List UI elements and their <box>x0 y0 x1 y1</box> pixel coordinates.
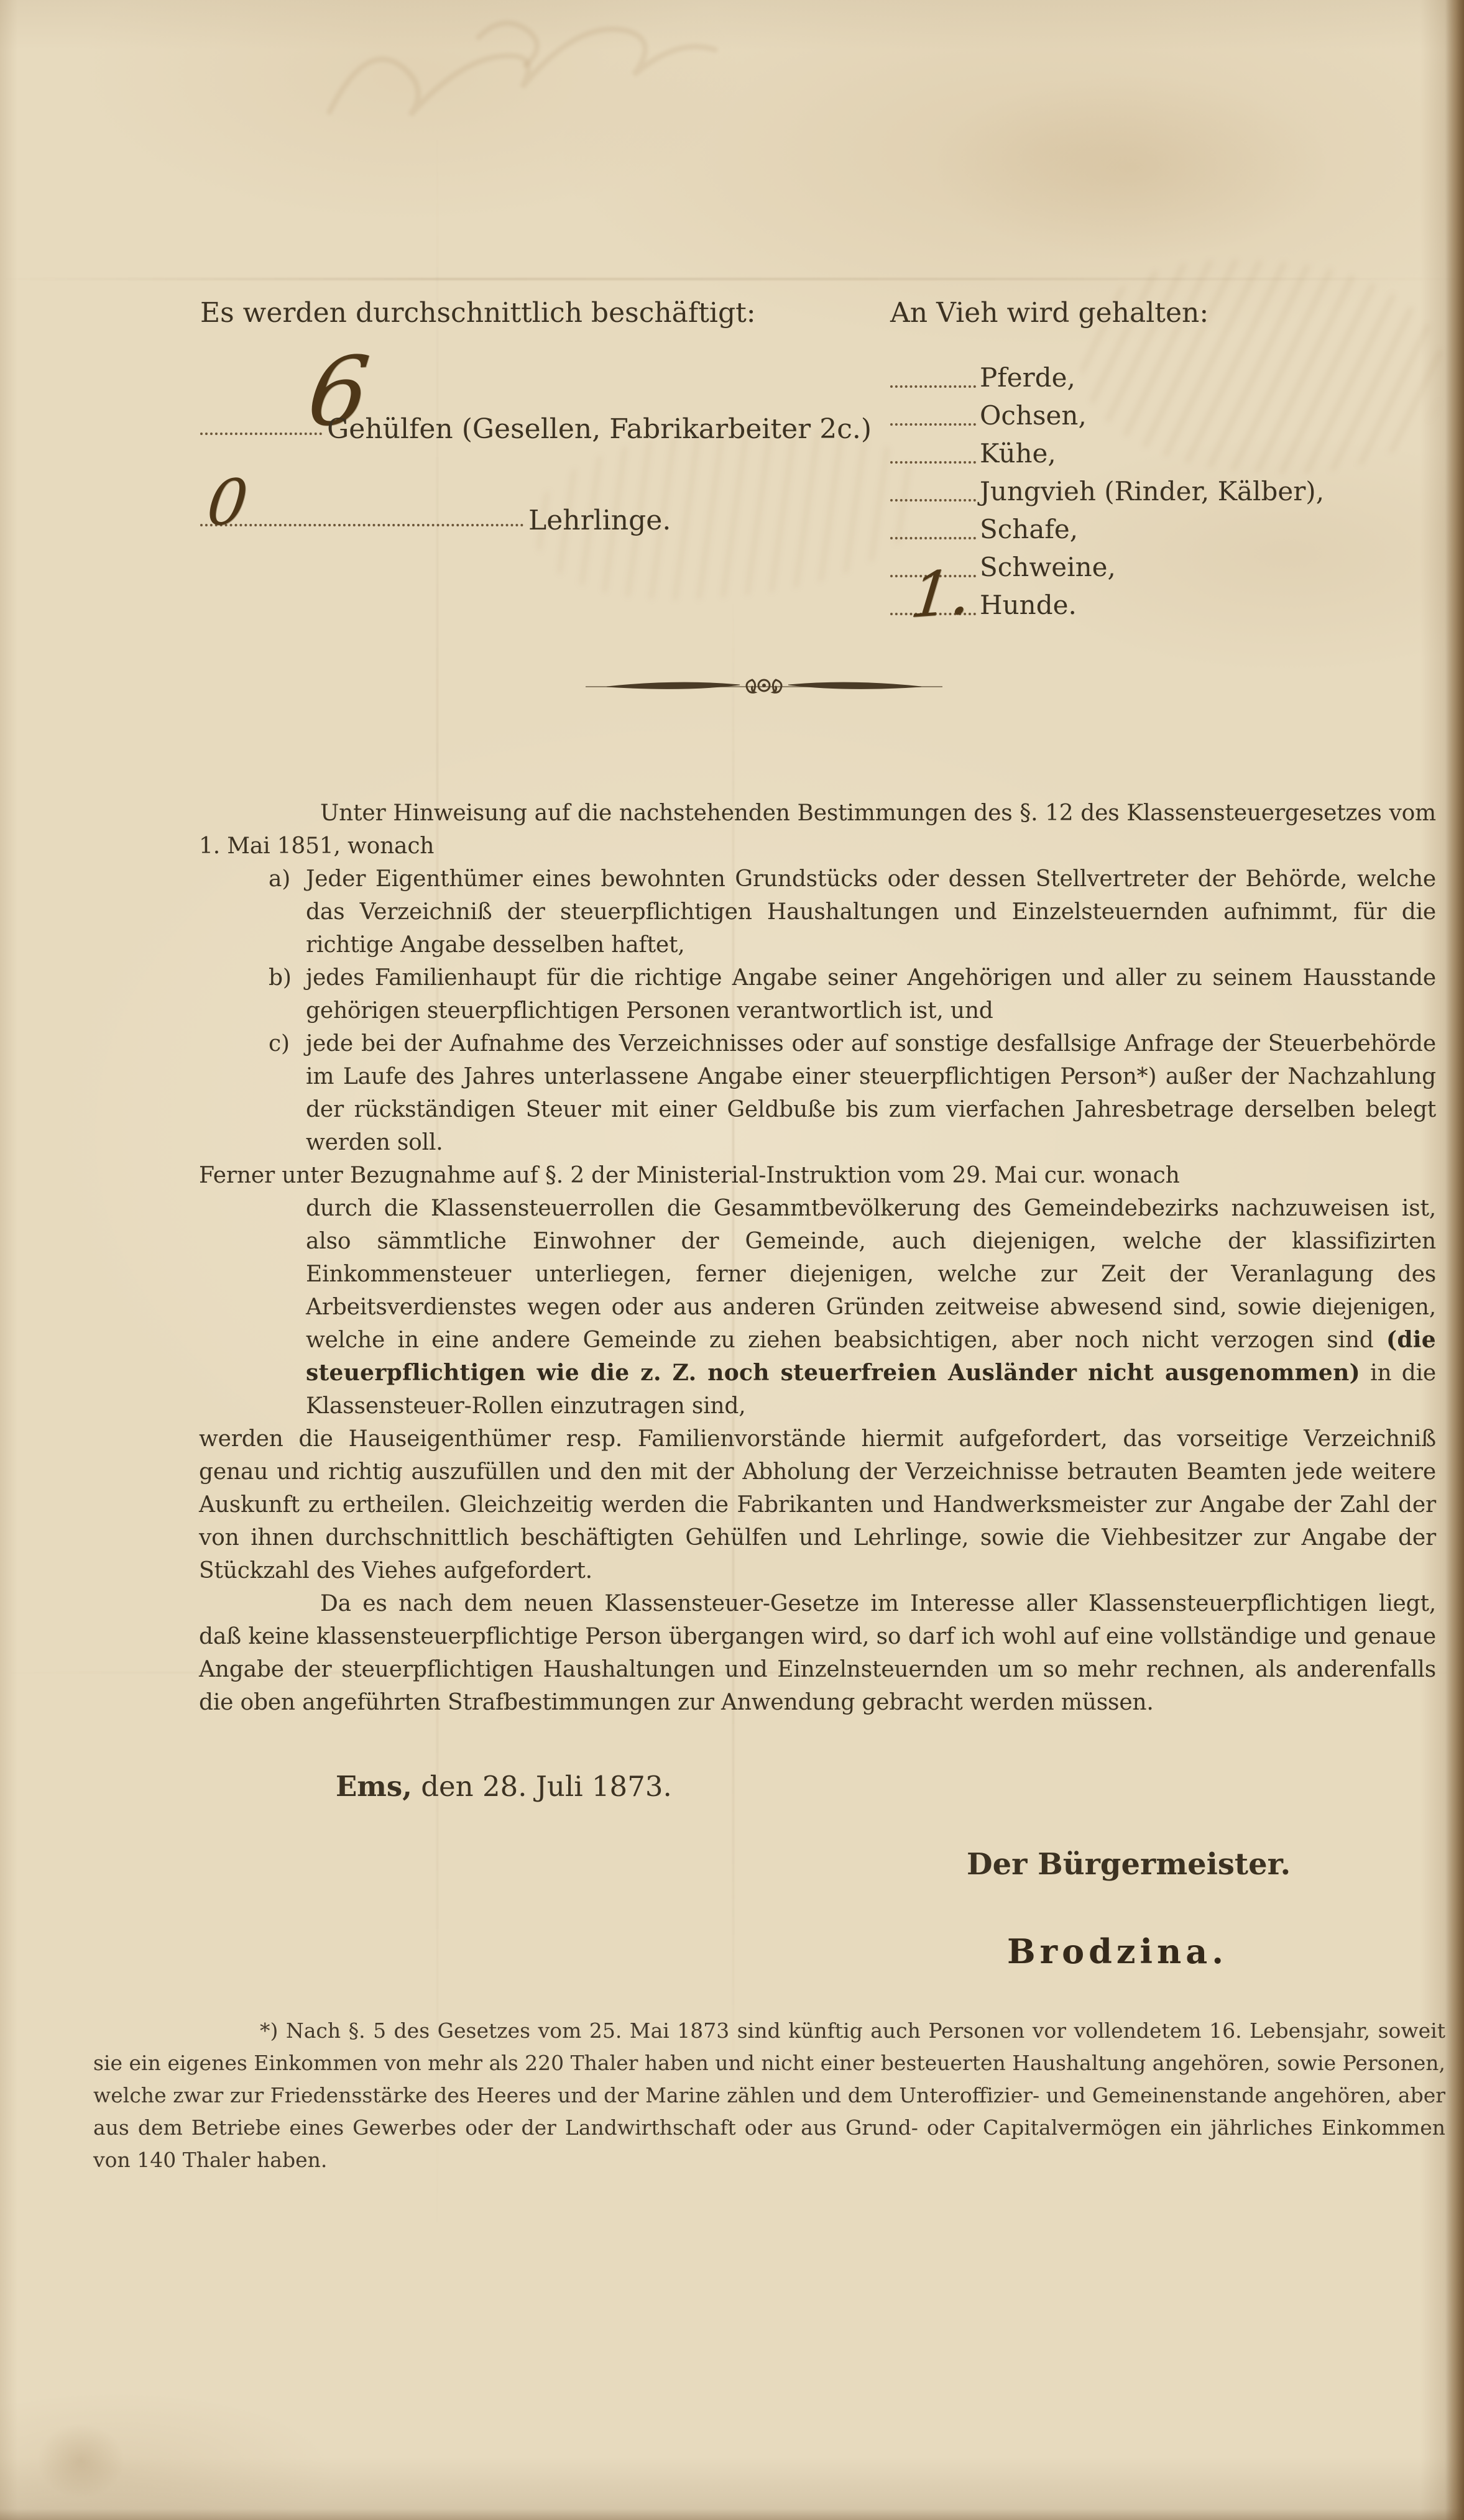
page-edge-shadow <box>0 2509 1464 2520</box>
fill-in-line <box>890 419 976 426</box>
intro-paragraph: Unter Hinweisung auf die nachstehenden B… <box>199 797 1436 863</box>
inner-regular-text: durch die Klassensteuerrollen die Gesamm… <box>306 1196 1436 1353</box>
livestock-row-schweine: Schweine, <box>890 544 1450 582</box>
employment-section: Es werden durchschnittlich beschäftigt: … <box>200 297 872 526</box>
footnote: *) Nach §. 5 des Gesetzes vom 25. Mai 18… <box>93 2015 1445 2176</box>
werden-paragraph: werden die Hauseigenthümer resp. Familie… <box>199 1423 1436 1587</box>
livestock-rows: Pferde, Ochsen, Kühe, Jungvieh (Rinder, … <box>890 355 1450 620</box>
fill-in-line <box>890 382 976 388</box>
list-marker: a) <box>269 863 290 896</box>
paper-stain <box>37 2424 124 2498</box>
employment-label: Lehrlinge. <box>528 505 671 536</box>
list-text: jede bei der Aufnahme des Verzeichnisses… <box>306 1031 1436 1155</box>
livestock-label: Kühe, <box>980 438 1056 469</box>
employment-row-gehuelfen: 6 Gehülfen (Gesellen, Fabrikarbeiter 2c.… <box>200 403 872 435</box>
list-marker: c) <box>269 1027 290 1060</box>
list-text: jedes Familienhaupt für die richtige Ang… <box>306 965 1436 1024</box>
fill-in-line: 0 <box>200 519 523 526</box>
paper-stain <box>932 75 1330 261</box>
livestock-row-ochsen: Ochsen, <box>890 393 1450 431</box>
livestock-label: Schweine, <box>980 552 1116 582</box>
scanned-document-page: { "employment_section": { "heading": "Es… <box>0 0 1464 2520</box>
livestock-row-hunde: 1. Hunde. <box>890 582 1450 620</box>
fill-in-line <box>890 533 976 539</box>
dateline: Ems, den 28. Juli 1873. <box>336 1770 672 1803</box>
fill-in-line: 1. <box>890 609 976 615</box>
list-item-a: a)Jeder Eigenthümer eines bewohnten Grun… <box>199 863 1436 961</box>
dateline-date: den 28. Juli 1873. <box>412 1770 672 1803</box>
ferner-paragraph: Ferner unter Bezugnahme auf §. 2 der Min… <box>199 1159 1436 1192</box>
livestock-row-kuehe: Kühe, <box>890 431 1450 469</box>
livestock-label: Jungvieh (Rinder, Kälber), <box>980 476 1324 506</box>
fill-in-line: 6 <box>200 428 322 435</box>
signature-name: Brodzina. <box>1007 1931 1228 1971</box>
fill-in-line <box>890 495 976 502</box>
employment-heading: Es werden durchschnittlich beschäftigt: <box>200 297 872 330</box>
list-item-b: b)jedes Familienhaupt für die richtige A… <box>199 961 1436 1027</box>
paper-crease <box>0 278 1464 280</box>
dateline-place: Ems, <box>336 1770 412 1803</box>
livestock-label: Schafe, <box>980 514 1078 544</box>
livestock-heading: An Vieh wird gehalten: <box>890 297 1450 330</box>
livestock-label: Hunde. <box>980 590 1077 620</box>
livestock-label: Ochsen, <box>980 400 1087 431</box>
livestock-section: An Vieh wird gehalten: Pferde, Ochsen, K… <box>890 297 1450 620</box>
livestock-row-pferde: Pferde, <box>890 355 1450 393</box>
employment-label: Gehülfen (Gesellen, Fabrikarbeiter 2c.) <box>327 413 872 445</box>
document-body: Unter Hinweisung auf die nachstehenden B… <box>199 797 1436 1719</box>
livestock-row-schafe: Schafe, <box>890 506 1450 544</box>
livestock-row-jungvieh: Jungvieh (Rinder, Kälber), <box>890 469 1450 506</box>
da-paragraph: Da es nach dem neuen Klassensteuer-Geset… <box>199 1587 1436 1719</box>
list-marker: b) <box>269 961 292 994</box>
handwritten-count-lehrlinge: 0 <box>204 470 251 535</box>
bleed-through-ghost-writing <box>292 0 777 149</box>
fill-in-line <box>890 457 976 464</box>
ornamental-divider <box>583 666 945 705</box>
livestock-label: Pferde, <box>980 362 1075 393</box>
list-item-c: c)jede bei der Aufnahme des Verzeichniss… <box>199 1027 1436 1159</box>
signature-title: Der Bürgermeister. <box>967 1847 1291 1882</box>
list-text: Jeder Eigenthümer eines bewohnten Grunds… <box>306 866 1436 958</box>
inner-block-paragraph: durch die Klassensteuerrollen die Gesamm… <box>199 1192 1436 1423</box>
handwritten-count-hunde: 1. <box>908 561 974 627</box>
employment-row-lehrlinge: 0 Lehrlinge. <box>200 495 872 526</box>
